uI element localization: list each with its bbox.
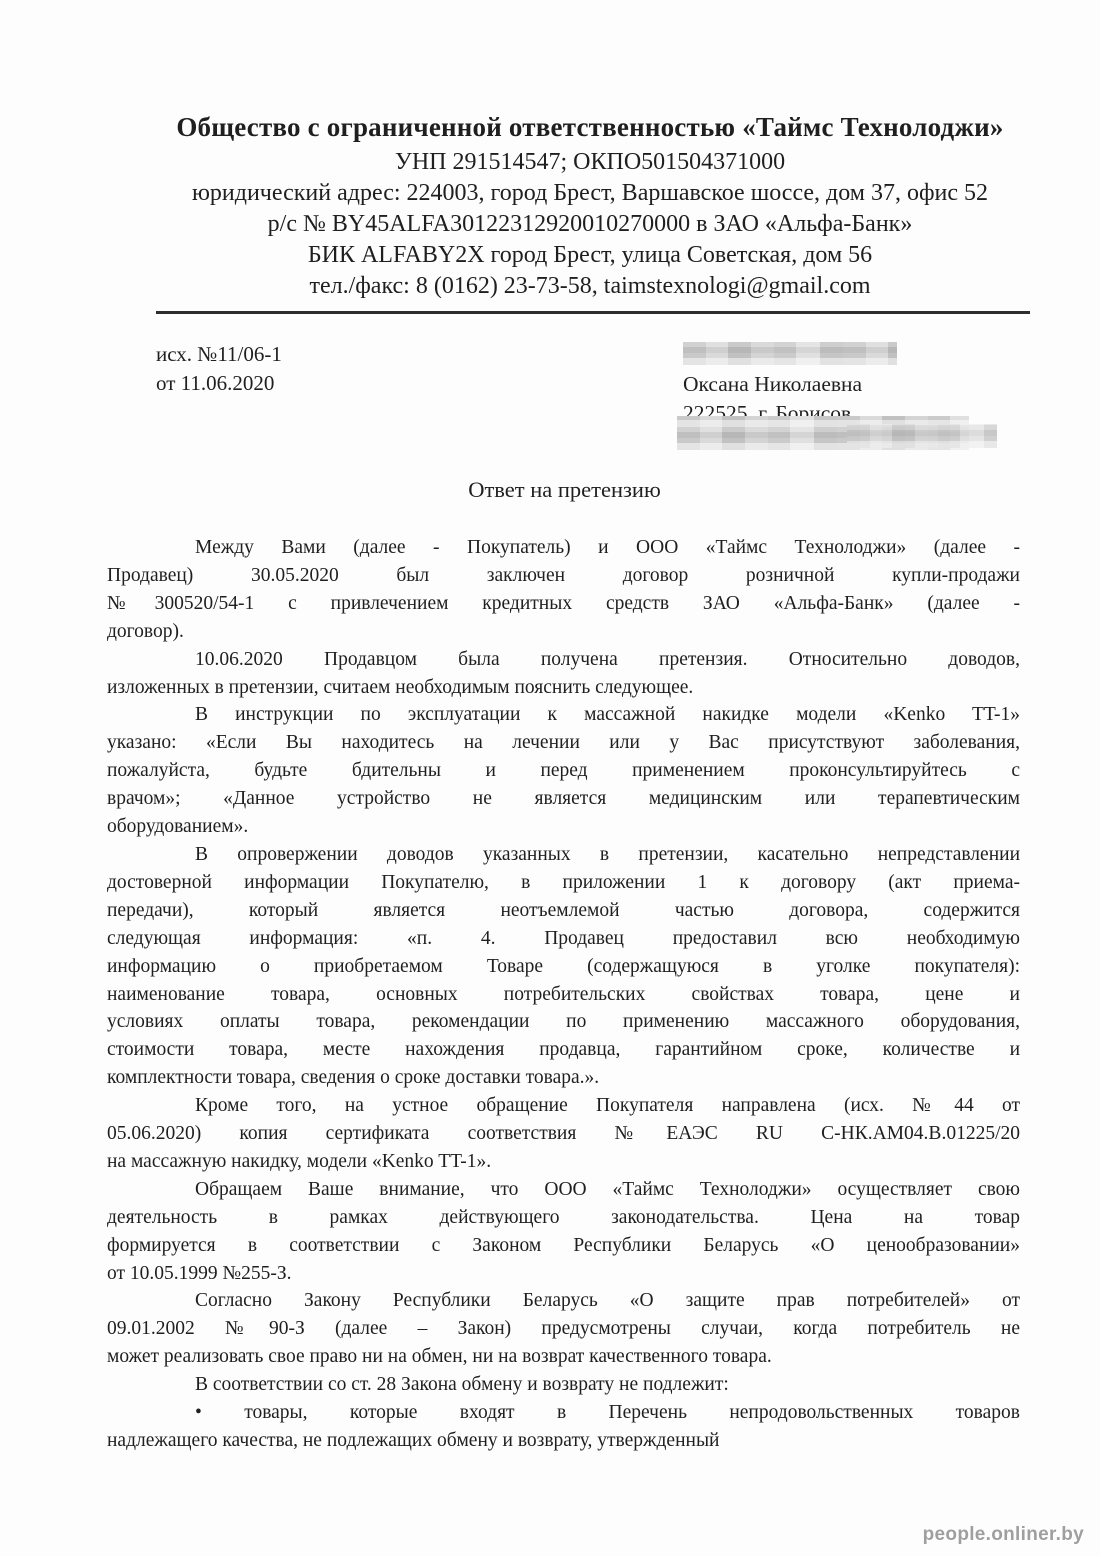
letterhead-line: тел./факс: 8 (0162) 23-73-58, taimstexno…: [150, 271, 1030, 302]
scanned-letter-page: Общество с ограниченной ответственностью…: [0, 0, 1100, 1556]
body-line: на массажную накидку, модели «Kenko TT-1…: [107, 1148, 1020, 1176]
redacted-surname-block: [683, 342, 897, 365]
letterhead-line: БИК ALFABY2X город Брест, улица Советска…: [150, 240, 1030, 271]
redacted-address-block-2: [847, 424, 997, 448]
letterhead-line: УНП 291514547; ОКПО501504371000: [150, 147, 1030, 178]
body-line: 09.01.2002 №90-З (далее – Закон) предусм…: [107, 1315, 1020, 1343]
body-line: оборудованием».: [107, 813, 1020, 841]
letter-body: Между Вами (далее - Покупатель) и ООО «Т…: [107, 534, 1020, 1455]
reference-block: исх. №11/06-1 от 11.06.2020: [156, 340, 282, 398]
body-line: Согласно Закону Республики Беларусь «О з…: [107, 1287, 1020, 1315]
body-line: надлежащего качества, не подлежащих обме…: [107, 1427, 1020, 1455]
body-line: врачом»; «Данное устройство не является …: [107, 785, 1020, 813]
letterhead-line: юридический адрес: 224003, город Брест, …: [150, 178, 1030, 209]
body-line: комплектности товара, сведения о сроке д…: [107, 1064, 1020, 1092]
body-line: передачи), который является неотъемлемой…: [107, 897, 1020, 925]
document-title: Ответ на претензию: [108, 477, 1021, 503]
outgoing-date: от 11.06.2020: [156, 369, 282, 398]
body-line: В опровержении доводов указанных в прете…: [107, 841, 1020, 869]
body-line: указано: «Если Вы находитесь на лечении …: [107, 729, 1020, 757]
body-line: пожалуйста, будьте бдительны и перед при…: [107, 757, 1020, 785]
body-line: информацию о приобретаемом Товаре (содер…: [107, 953, 1020, 981]
body-line: Продавец) 30.05.2020 был заключен догово…: [107, 562, 1020, 590]
body-line: наименование товара, основных потребител…: [107, 981, 1020, 1009]
body-line: следующая информация: «п. 4. Продавец пр…: [107, 925, 1020, 953]
body-line: 10.06.2020 Продавцом была получена прете…: [107, 646, 1020, 674]
body-line: условиях оплаты товара, рекомендации по …: [107, 1008, 1020, 1036]
body-line: стоимости товара, месте нахождения прода…: [107, 1036, 1020, 1064]
letterhead: Общество с ограниченной ответственностью…: [150, 110, 1030, 302]
body-line: В инструкции по эксплуатации к массажной…: [107, 701, 1020, 729]
letterhead-line: р/с № BY45ALFA30122312920010270000 в ЗАО…: [150, 209, 1030, 240]
body-line: может реализовать свое право ни на обмен…: [107, 1343, 1020, 1371]
body-line: 05.06.2020) копия сертификата соответств…: [107, 1120, 1020, 1148]
outgoing-number: исх. №11/06-1: [156, 340, 282, 369]
body-line: Между Вами (далее - Покупатель) и ООО «Т…: [107, 534, 1020, 562]
watermark: people.onliner.by: [923, 1524, 1084, 1546]
body-line: формируется в соответствии с Законом Рес…: [107, 1232, 1020, 1260]
letterhead-divider: [156, 311, 1030, 314]
body-line: достоверной информации Покупателю, в при…: [107, 869, 1020, 897]
body-line: от 10.05.1999 №255-З.: [107, 1260, 1020, 1288]
body-line: №300520/54-1 с привлечением кредитных ср…: [107, 590, 1020, 618]
addressee-name: Оксана Николаевна: [683, 370, 862, 399]
letterhead-details: УНП 291514547; ОКПО501504371000юридическ…: [150, 147, 1030, 302]
body-line: Кроме того, на устное обращение Покупате…: [107, 1092, 1020, 1120]
body-line: Обращаем Ваше внимание, что ООО «Таймс Т…: [107, 1176, 1020, 1204]
body-line: изложенных в претензии, считаем необходи…: [107, 674, 1020, 702]
body-line: договор).: [107, 618, 1020, 646]
body-line: • товары, которые входят в Перечень непр…: [107, 1399, 1020, 1427]
body-line: В соответствии со ст. 28 Закона обмену и…: [107, 1371, 1020, 1399]
body-line: деятельность в рамках действующего закон…: [107, 1204, 1020, 1232]
company-name: Общество с ограниченной ответственностью…: [150, 110, 1030, 144]
